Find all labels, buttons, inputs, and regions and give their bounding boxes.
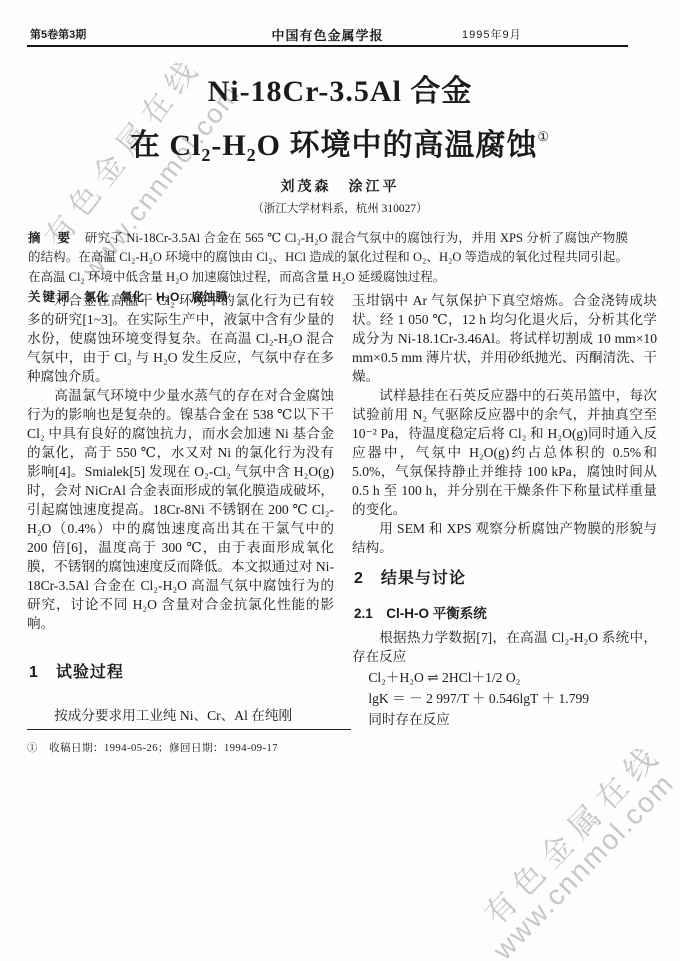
page-header: 第5卷第3期 中国有色金属学报 1995年9月 xyxy=(27,26,628,42)
body-paragraph: 对合金在高温干 Cl₂ 环境中的氯化行为已有较多的研究[1~3]。在实际生产中，… xyxy=(27,291,334,386)
section-heading-experiment: 1 试验过程 xyxy=(29,663,334,682)
volume-issue-label: 第5卷第3期 xyxy=(30,26,86,42)
affiliation: （浙江大学材料系，杭州 310027） xyxy=(0,200,680,216)
body-paragraph: 试样悬挂在石英反应器中的石英吊篮中，每次试验前用 N₂ 气驱除反应器中的余气，并… xyxy=(352,386,657,519)
abstract-label: 摘 要 xyxy=(28,231,72,245)
article-title-line2: 在 Cl₂-H₂O 环境中的高温腐蚀① xyxy=(0,120,680,164)
equation-reaction: Cl₂＋H₂O ⇌ 2HCl＋1/2 O₂ xyxy=(352,668,657,687)
page-content: 第5卷第3期 中国有色金属学报 1995年9月 Ni-18Cr-3.5Al 合金… xyxy=(0,0,680,961)
article-title-line1: Ni-18Cr-3.5Al 合金 xyxy=(0,66,680,110)
body-paragraph: 按成分要求用工业纯 Ni、Cr、Al 在纯刚 xyxy=(27,706,334,725)
footnote-text: ① 收稿日期：1994-05-26；修回日期：1994-09-17 xyxy=(27,740,351,755)
header-rule xyxy=(27,45,628,47)
abstract-paragraph: 摘 要研究了 Ni-18Cr-3.5Al 合金在 565 ℃ Cl₂-H₂O 混… xyxy=(28,229,628,287)
body-paragraph: 用 SEM 和 XPS 观察分析腐蚀产物膜的形貌与结构。 xyxy=(352,519,657,557)
title-footnote-mark: ① xyxy=(538,129,551,144)
body-paragraph: 根据热力学数据[7]，在高温 Cl₂-H₂O 系统中，存在反应 xyxy=(352,628,657,666)
journal-page-scan: 有色金属在线 www.cnnmol.com 有色金属在线 www.cnnmol.… xyxy=(0,0,680,961)
equation-lgk: lgK ＝ － 2 997/T ＋ 0.546lgT ＋ 1.799 xyxy=(352,689,657,708)
body-paragraph: 同时存在反应 xyxy=(352,710,657,729)
section-heading-results: 2 结果与讨论 xyxy=(354,569,657,588)
right-column: 玉坩锅中 Ar 气氛保护下真空熔炼。合金浇铸成块状。经 1 050 ℃，12 h… xyxy=(352,291,657,729)
issue-date: 1995年9月 xyxy=(462,26,522,42)
authors: 刘茂森 涂江平 xyxy=(0,176,680,196)
body-paragraph: 高温氯气环境中少量水蒸气的存在对合金腐蚀行为的影响也是复杂的。镍基合金在 538… xyxy=(27,386,334,633)
footnote-block: ① 收稿日期：1994-05-26；修回日期：1994-09-17 xyxy=(27,729,351,755)
left-column: 对合金在高温干 Cl₂ 环境中的氯化行为已有较多的研究[1~3]。在实际生产中，… xyxy=(27,291,334,725)
subsection-heading-equilibrium: 2.1 Cl-H-O 平衡系统 xyxy=(354,604,657,623)
abstract-text: 研究了 Ni-18Cr-3.5Al 合金在 565 ℃ Cl₂-H₂O 混合气氛… xyxy=(28,231,628,284)
journal-name: 中国有色金属学报 xyxy=(271,25,383,44)
article-title-line2-text: 在 Cl₂-H₂O 环境中的高温腐蚀 xyxy=(130,129,538,162)
body-paragraph: 玉坩锅中 Ar 气氛保护下真空熔炼。合金浇铸成块状。经 1 050 ℃，12 h… xyxy=(352,291,657,386)
